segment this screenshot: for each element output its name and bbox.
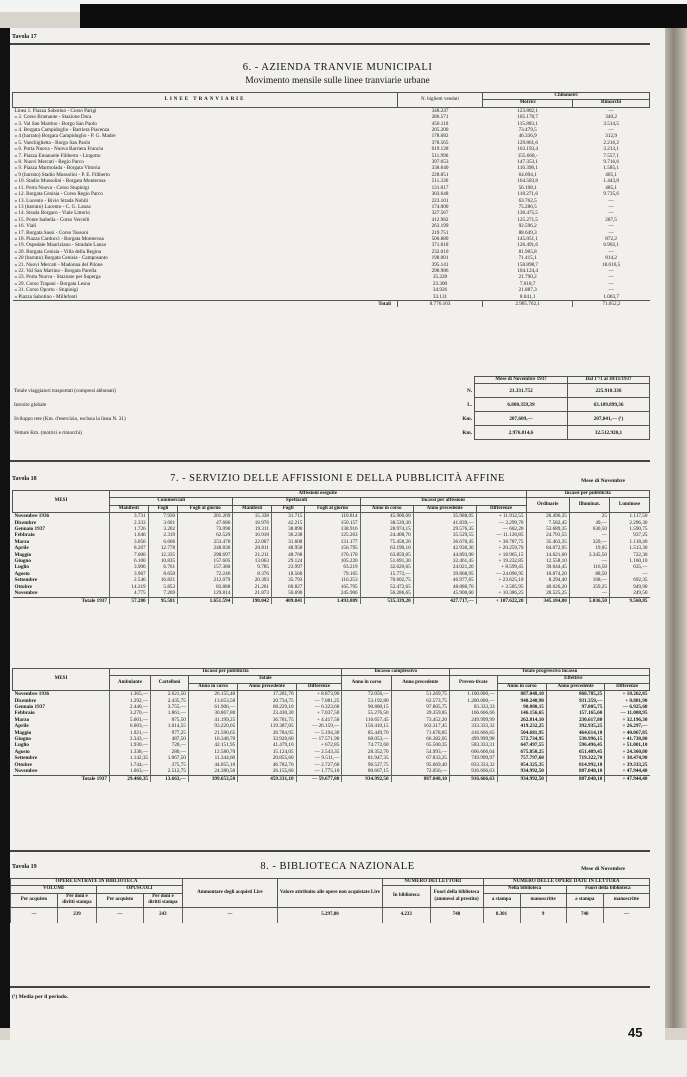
total-label: Totali bbox=[13, 301, 398, 308]
table-row: Novembre 19361.365,—2.621,5026.155,4017.… bbox=[13, 691, 650, 698]
cell-rimorchi: 1.003,7 bbox=[573, 294, 650, 301]
total-c_fogli: 95.581 bbox=[148, 597, 177, 604]
col-linee: LINEE TRANVIARIE bbox=[13, 93, 398, 108]
col-fuori-biblioteca: Fuori della biblioteca (ammessi al prest… bbox=[430, 886, 483, 907]
total-prec: 427.717,— bbox=[413, 597, 476, 604]
col-illuminate: Illuminat. bbox=[569, 498, 609, 513]
divider bbox=[10, 850, 650, 852]
cell: 748 bbox=[430, 907, 483, 923]
cell-lum: 249,50 bbox=[609, 590, 649, 597]
total-c_fg: 1.651.594 bbox=[178, 597, 233, 604]
table-row: Novembre1.063,—2.512,7524.380,5026.155,6… bbox=[13, 768, 650, 775]
cell-amb: 1.365,— bbox=[110, 691, 151, 698]
month-label: Novembre bbox=[13, 768, 110, 775]
cell-cart: 2.621,50 bbox=[151, 691, 189, 698]
cell-diff: + 10.386,25 bbox=[476, 590, 526, 597]
summary-label: Sviluppo rete (Km. d'esercizio, esclusa … bbox=[12, 412, 475, 426]
col-nb-manoscritte: manoscritte bbox=[520, 893, 566, 907]
col-opere-entrate: OPERE ENTRATE IN BIBLIOTECA bbox=[11, 879, 183, 886]
col-differenze: Differenze bbox=[605, 683, 650, 690]
cell-biglietti: 33.131 bbox=[398, 294, 483, 301]
total-amb: 29.460,35 bbox=[110, 775, 151, 782]
col-op-doni: Per doni e diritti stampa bbox=[143, 893, 182, 907]
col-opere-lettura: NUMERO DELLE OPERE DATE IN LETTURA bbox=[483, 879, 649, 886]
summary-progressivo: 207,041,— (¹) bbox=[568, 412, 650, 426]
col-incassi-pubblicita: Incassi per pubblicità bbox=[110, 669, 342, 676]
col-luminose: Luminose bbox=[609, 498, 649, 513]
line-name: » Piazza Sabotino - Millefonti bbox=[13, 294, 398, 301]
page-number: 45 bbox=[628, 1025, 642, 1040]
col-cartelloni: Cartelloni bbox=[151, 676, 189, 691]
cell: 5.297,80 bbox=[277, 907, 382, 923]
col-anno-precedente: Anno precedente bbox=[413, 505, 476, 512]
section7-period: Mese di Novembre bbox=[581, 478, 625, 484]
cell-prec: 45.900,60 bbox=[413, 590, 476, 597]
col-fuori-della-biblioteca: Fuori della biblioteca bbox=[566, 886, 649, 893]
total-cart: 13.663,— bbox=[151, 775, 189, 782]
total-row: Totale 193757.28095.5811.651.594198.0424… bbox=[13, 597, 650, 604]
col-op-acquisto: Per acquisto bbox=[96, 893, 143, 907]
cell-e_diff: + 18.262,85 bbox=[605, 691, 650, 698]
tram-lines-table: LINEE TRANVIARIE N. biglietti venduti Ch… bbox=[12, 92, 650, 307]
cell-prev: 916.666,63 bbox=[450, 768, 498, 775]
col-vol-doni: Per doni e diritti stampa bbox=[57, 893, 96, 907]
summary-label-text: Totale viaggiatori trasportati (compresi… bbox=[14, 388, 116, 394]
col-fogli-giorno: Fogli al giorno bbox=[305, 505, 360, 512]
col-spettacoli: Spettacoli bbox=[233, 498, 360, 505]
cell-c_man: 4.775 bbox=[110, 590, 149, 597]
summary-label-text: Sviluppo rete (Km. d'esercizio, esclusa … bbox=[14, 416, 126, 422]
summary-unit: N. bbox=[467, 388, 472, 394]
col-effettive: Effettive bbox=[497, 676, 649, 683]
cell-ord: 20.496,35 bbox=[526, 513, 569, 520]
cell-c_fg: 201.269 bbox=[178, 513, 233, 520]
summary-mese: 207,609,— bbox=[475, 412, 568, 426]
col-manifesti: Manifesti bbox=[233, 505, 272, 512]
summary-mese: 2.976.814,6 bbox=[475, 426, 568, 440]
col-fogli: Fogli bbox=[271, 505, 304, 512]
biblioteca-table: OPERE ENTRATE IN BIBLIOTECA Ammontare de… bbox=[10, 878, 650, 923]
cell-lum: 1.117,50 bbox=[609, 513, 649, 520]
cell: 243 bbox=[143, 907, 182, 923]
summary-row: Totale viaggiatori trasportati (compresi… bbox=[12, 384, 650, 398]
cell-s_man: 15.338 bbox=[233, 513, 272, 520]
cell-s_fg: 245.906 bbox=[305, 590, 360, 597]
cell: — bbox=[11, 907, 58, 923]
cell-e_corso: 887.048,10 bbox=[497, 691, 546, 698]
total-t_corso: 399.653,50 bbox=[188, 775, 237, 782]
cell-c_fg: 129.814 bbox=[178, 590, 233, 597]
section6-title: 6. - AZIENDA TRANVIE MUNICIPALI bbox=[10, 62, 665, 73]
cell: — bbox=[182, 907, 277, 923]
cell: — bbox=[96, 907, 143, 923]
col-fb-stampa: a stampa bbox=[566, 893, 603, 907]
cell-prec: 35.988,05 bbox=[413, 513, 476, 520]
cell-cart: 2.512,75 bbox=[151, 768, 189, 775]
divider bbox=[10, 460, 650, 462]
scan-right-edge bbox=[665, 28, 687, 1028]
summary-unit: L. bbox=[467, 402, 472, 408]
section8-title: 8. - BIBLIOTECA NAZIONALE bbox=[10, 861, 665, 872]
summary-progressivo: 32.512.920,1 bbox=[568, 426, 650, 440]
total-biglietti: 8.776.163 bbox=[398, 301, 483, 308]
line-name: Linea 1. Piazza Sabotino - Corso Parigi bbox=[13, 107, 398, 114]
total-e_diff: + 47.944,40 bbox=[605, 775, 650, 782]
cell-corso: 45.900,60 bbox=[360, 513, 413, 520]
month-label: Novembre 1936 bbox=[13, 513, 110, 520]
col-valore: Valore attribuito alle opere non acquist… bbox=[277, 879, 382, 908]
total-lum: 9.560,85 bbox=[609, 597, 649, 604]
col-volumi: VOLUMI bbox=[11, 886, 97, 893]
summary-row: Vetture Km. (motrici e rimorchi)Km.2.976… bbox=[12, 426, 650, 440]
col-ammontare: Ammontare degli acquisti Lire bbox=[182, 879, 277, 908]
section6-subtitle: Movimento mensile sulle linee tranviarie… bbox=[10, 76, 665, 86]
total-row: Totale 193729.460,3513.663,—399.653,5045… bbox=[13, 775, 650, 782]
col-fogli: Fogli bbox=[148, 505, 177, 512]
cell: — bbox=[603, 907, 649, 923]
col-opuscoli: OPUSCOLI bbox=[96, 886, 182, 893]
total-rimorchi: 71.052,2 bbox=[573, 301, 650, 308]
cell-amb: 1.063,— bbox=[110, 768, 151, 775]
col-mesi: MESI bbox=[13, 669, 110, 691]
col-anno-precedente: Anno precedente bbox=[546, 683, 604, 690]
total-e_prec: 887.048,10 bbox=[546, 775, 604, 782]
col-fogli-giorno: Fogli al giorno bbox=[178, 505, 233, 512]
total-t_diff: — 59.677,80 bbox=[296, 775, 342, 782]
cell-e_corso: 934.992,50 bbox=[497, 768, 546, 775]
cell-s_fg: 110.814 bbox=[305, 513, 360, 520]
cell-s_fogli: 31.715 bbox=[271, 513, 304, 520]
cell-t_corso: 26.155,40 bbox=[188, 691, 237, 698]
cell-c_fogli: 7.269 bbox=[148, 590, 177, 597]
total-c_man: 57.280 bbox=[110, 597, 149, 604]
cell: 239 bbox=[57, 907, 96, 923]
col-biglietti: N. biglietti venduti bbox=[398, 93, 483, 108]
cell-motrici: 8.041,1 bbox=[483, 294, 573, 301]
total-diff: + 107.622,20 bbox=[476, 597, 526, 604]
cell-e_prec: 887.048,10 bbox=[546, 768, 604, 775]
cell-prev: 1.100.000,— bbox=[450, 691, 498, 698]
cell-t_corso: 24.380,50 bbox=[188, 768, 237, 775]
scan-bottom-margin bbox=[0, 1040, 687, 1077]
col-anno-precedente: Anno precedente bbox=[238, 683, 296, 690]
cell-e_diff: + 47.944,40 bbox=[605, 768, 650, 775]
total-prev: 916.666,63 bbox=[450, 775, 498, 782]
divider bbox=[10, 986, 650, 988]
col-fb-manoscritte: manoscritte bbox=[603, 893, 649, 907]
cell-t_diff: — 1.775,10 bbox=[296, 768, 342, 775]
col-nella-biblioteca: Nella biblioteca bbox=[483, 886, 566, 893]
total-s_man: 198.042 bbox=[233, 597, 272, 604]
table-row: » Piazza Sabotino - Millefonti33.1318.04… bbox=[13, 294, 650, 301]
cell-s_man: 21.873 bbox=[233, 590, 272, 597]
col-totale: Totale bbox=[188, 676, 341, 683]
cell-ic_prec: 72.056,— bbox=[391, 768, 449, 775]
col-preventivate: Preven-tivate bbox=[450, 676, 498, 691]
col-affissioni: Affissioni eseguite bbox=[110, 491, 527, 498]
document-page: Tavola 17 6. - AZIENDA TRANVIE MUNICIPAL… bbox=[10, 28, 665, 1040]
col-incassi-affissioni: Incassi per affissioni bbox=[360, 498, 526, 505]
total-ill: 5.036,50 bbox=[569, 597, 609, 604]
col-anno-corso: Anno in corso bbox=[188, 683, 237, 690]
incassi-table: MESI Incassi per pubblicità Incasso comp… bbox=[12, 668, 650, 782]
col-anno-corso: Anno in corso bbox=[497, 683, 546, 690]
col-commerciali: Commerciali bbox=[110, 498, 233, 505]
summary-label: Totale viaggiatori trasportati (compresi… bbox=[12, 384, 475, 398]
cell: 8.301 bbox=[483, 907, 520, 923]
cell-c_fogli: 7.930 bbox=[148, 513, 177, 520]
total-motrici: 2.905.762,1 bbox=[483, 301, 573, 308]
col-differenze: Differenze bbox=[476, 505, 526, 512]
cell-motrici: 123.882,1 bbox=[483, 107, 573, 114]
summary-mese: 6.880.359,39 bbox=[475, 398, 568, 412]
col-incasso-complessivo: Incasso complessivo bbox=[342, 669, 450, 676]
cell-biglietti: 348.247 bbox=[398, 107, 483, 114]
table-row: Linea 1. Piazza Sabotino - Corso Parigi3… bbox=[13, 107, 650, 114]
table-row: Novembre 19363.7317.930201.26915.33831.7… bbox=[13, 513, 650, 520]
summary-progressivo: 225.910.336 bbox=[568, 384, 650, 398]
total-corso: 535.339,20 bbox=[360, 597, 413, 604]
table-row: Novembre4.7757.269129.81421.87356.690245… bbox=[13, 590, 650, 597]
col-chilometri: Chilometri bbox=[483, 93, 650, 100]
summary-mese: 21.331.752 bbox=[475, 384, 568, 398]
cell-t_diff: + 8.873,90 bbox=[296, 691, 342, 698]
cell-ill: — bbox=[569, 590, 609, 597]
cell: 4.233 bbox=[383, 907, 431, 923]
cell-ord: 28.525,25 bbox=[526, 590, 569, 597]
divider bbox=[10, 43, 650, 45]
cell-rimorchi: — bbox=[573, 107, 650, 114]
col-ambulante: Ambulante bbox=[110, 676, 151, 691]
cell-t_prec: 17.281,70 bbox=[238, 691, 296, 698]
section7-title: 7. - SERVIZIO DELLE AFFISSIONI E DELLA P… bbox=[10, 473, 665, 484]
cell-ic_corso: 72.056,— bbox=[342, 691, 391, 698]
total-ic_prec: 887.048,10 bbox=[391, 775, 449, 782]
col-progressivo: Dal 1°/1 al 30/11/1937 bbox=[568, 377, 650, 384]
cell-e_prec: 868.785,25 bbox=[546, 691, 604, 698]
total-s_fogli: 409.841 bbox=[271, 597, 304, 604]
col-in-biblioteca: In biblioteca bbox=[383, 886, 431, 907]
col-anno-corso: Anno in corso bbox=[342, 676, 391, 691]
col-anno-corso: Anno in corso bbox=[360, 505, 413, 512]
tavola-label: Tavola 17 bbox=[12, 34, 37, 40]
summary-unit: Km. bbox=[462, 430, 472, 436]
summary-unit: Km. bbox=[462, 416, 472, 422]
summary-label: Vetture Km. (motrici e rimorchi)Km. bbox=[12, 426, 475, 440]
col-mese: Mese di Novembre 1937 bbox=[475, 377, 568, 384]
footnote: (¹) Media per il periodo. bbox=[12, 994, 68, 1000]
scan-left-edge bbox=[0, 28, 10, 1028]
cell-ic_prec: 51.269,75 bbox=[391, 691, 449, 698]
col-incassi-pubblicita: Incassi per pubblicità bbox=[526, 491, 650, 498]
summary-label-text: Introito globale bbox=[14, 402, 46, 408]
total-label: Totale 1937 bbox=[13, 775, 110, 782]
total-t_prec: 459.331,10 bbox=[238, 775, 296, 782]
affissioni-table: MESI Affissioni eseguite Incassi per pub… bbox=[12, 490, 650, 604]
section8-period: Mese di Novembre bbox=[581, 866, 625, 872]
cell-t_prec: 26.155,60 bbox=[238, 768, 296, 775]
total-label: Totale 1937 bbox=[13, 597, 110, 604]
total-e_corso: 934.992,50 bbox=[497, 775, 546, 782]
month-label: Novembre 1936 bbox=[13, 691, 110, 698]
col-anno-precedente: Anno precedente bbox=[391, 676, 449, 691]
col-vol-acquisto: Per acquisto bbox=[11, 893, 58, 907]
cell-corso: 56.286,65 bbox=[360, 590, 413, 597]
col-mesi: MESI bbox=[13, 491, 110, 513]
cell-diff: + 11.912,55 bbox=[476, 513, 526, 520]
cell-c_man: 3.731 bbox=[110, 513, 149, 520]
total-s_fg: 1.493.809 bbox=[305, 597, 360, 604]
summary-row: Introito globaleL.6.880.359,3963.189.899… bbox=[12, 398, 650, 412]
col-ordinarie: Ordinarie bbox=[526, 498, 569, 513]
tram-summary-table: Mese di Novembre 1937 Dal 1°/1 al 30/11/… bbox=[12, 376, 650, 440]
col-nb-stampa: a stampa bbox=[483, 893, 520, 907]
summary-label-text: Vetture Km. (motrici e rimorchi) bbox=[14, 430, 82, 436]
col-manifesti: Manifesti bbox=[110, 505, 149, 512]
col-motrici: Motrici bbox=[483, 100, 573, 107]
total-ic_corso: 934.992,50 bbox=[342, 775, 391, 782]
col-differenze: Differenze bbox=[296, 683, 342, 690]
cell-ic_corso: 80.667,15 bbox=[342, 768, 391, 775]
col-numero-lettori: NUMERO DEI LETTORI bbox=[383, 879, 484, 886]
total-ord: 345.184,80 bbox=[526, 597, 569, 604]
summary-row: Sviluppo rete (Km. d'esercizio, esclusa … bbox=[12, 412, 650, 426]
summary-progressivo: 63.189.899,36 bbox=[568, 398, 650, 412]
scan-shadow-band bbox=[80, 4, 687, 28]
month-label: Novembre bbox=[13, 590, 110, 597]
col-rimorchi: Rimorchi bbox=[573, 100, 650, 107]
col-totale-progressivo: Totale progressivo incasso bbox=[450, 669, 650, 676]
cell: 748 bbox=[566, 907, 603, 923]
cell: 9 bbox=[520, 907, 566, 923]
summary-label: Introito globaleL. bbox=[12, 398, 475, 412]
cell-ill: 25 bbox=[569, 513, 609, 520]
cell-s_fogli: 56.690 bbox=[271, 590, 304, 597]
